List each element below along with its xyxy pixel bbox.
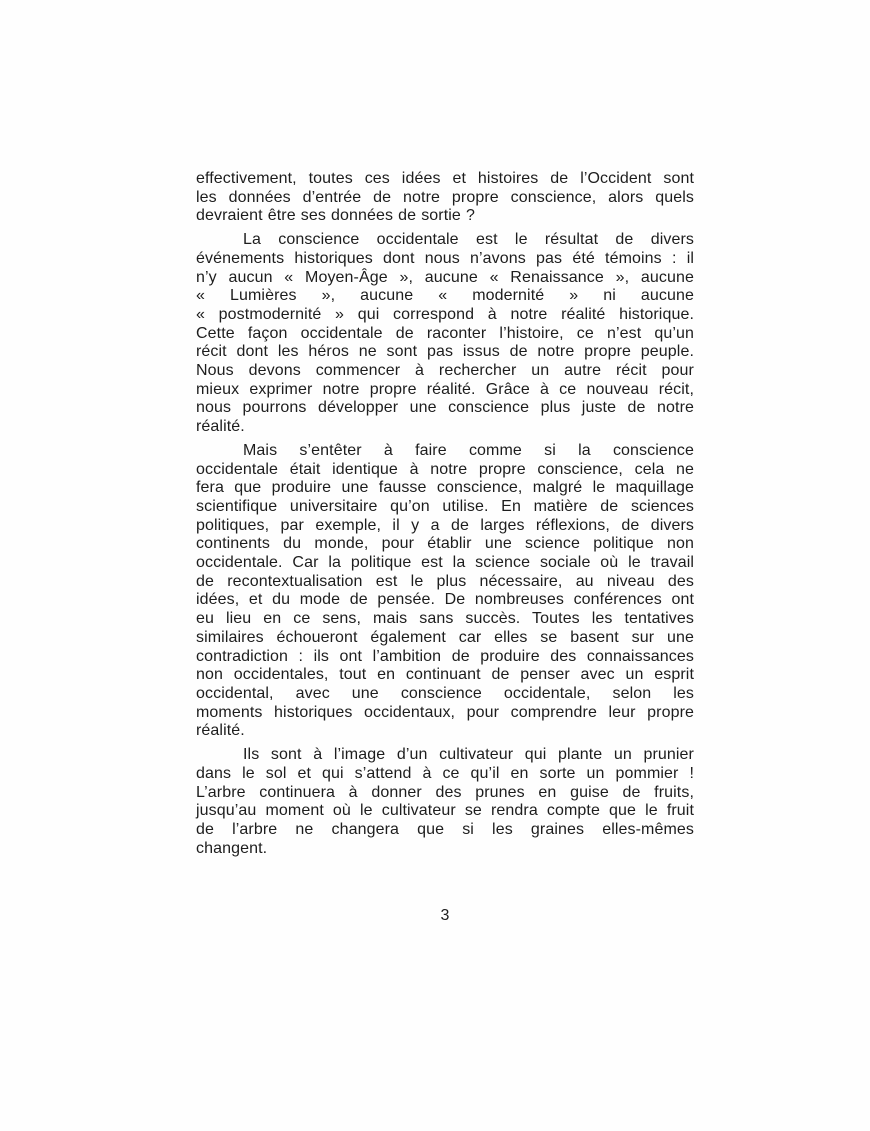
text-line: Mais s’entêter à faire comme si la consc…: [196, 442, 694, 461]
text-line: occidentale. Car la politique est la sci…: [196, 554, 694, 573]
text-line: n’y aucun « Moyen-Âge », aucune « Renais…: [196, 269, 694, 288]
text-line: Ils sont à l’image d’un cultivateur qui …: [196, 746, 694, 765]
text-line: événements historiques dont nous n’avons…: [196, 250, 694, 269]
paragraph: Ils sont à l’image d’un cultivateur qui …: [196, 746, 694, 858]
text-line: changent.: [196, 840, 694, 859]
text-line: eu lieu en ce sens, mais sans succès. To…: [196, 610, 694, 629]
text-line: de l’arbre ne changera que si les graine…: [196, 821, 694, 840]
paragraph: La conscience occidentale est le résulta…: [196, 231, 694, 437]
text-line: réalité.: [196, 722, 694, 741]
text-line: mieux exprimer notre propre réalité. Grâ…: [196, 381, 694, 400]
text-line: nous pourrons développer une conscience …: [196, 399, 694, 418]
text-line: « Lumières », aucune « modernité » ni au…: [196, 287, 694, 306]
text-line: L’arbre continuera à donner des prunes e…: [196, 784, 694, 803]
text-line: occidentale était identique à notre prop…: [196, 461, 694, 480]
text-line: continents du monde, pour établir une sc…: [196, 535, 694, 554]
text-line: jusqu’au moment où le cultivateur se ren…: [196, 802, 694, 821]
document-page: effectivement, toutes ces idées et histo…: [0, 0, 870, 1131]
paragraph: Mais s’entêter à faire comme si la consc…: [196, 442, 694, 741]
paragraph: effectivement, toutes ces idées et histo…: [196, 170, 694, 226]
body-text: effectivement, toutes ces idées et histo…: [196, 170, 694, 858]
text-line: politiques, par exemple, il y a de large…: [196, 517, 694, 536]
text-line: Cette façon occidentale de raconter l’hi…: [196, 325, 694, 344]
text-line: Nous devons commencer à rechercher un au…: [196, 362, 694, 381]
text-line: récit dont les héros ne sont pas issus d…: [196, 343, 694, 362]
text-line: non occidentales, tout en continuant de …: [196, 666, 694, 685]
text-line: réalité.: [196, 418, 694, 437]
text-line: similaires échoueront également car elle…: [196, 629, 694, 648]
text-line: fera que produire une fausse conscience,…: [196, 479, 694, 498]
text-line: « postmodernité » qui correspond à notre…: [196, 306, 694, 325]
text-line: devraient être ses données de sortie ?: [196, 207, 694, 226]
text-line: La conscience occidentale est le résulta…: [196, 231, 694, 250]
text-line: contradiction : ils ont l’ambition de pr…: [196, 648, 694, 667]
text-line: idées, et du mode de pensée. De nombreus…: [196, 591, 694, 610]
text-line: de recontextualisation est le plus néces…: [196, 573, 694, 592]
text-line: occidental, avec une conscience occident…: [196, 685, 694, 704]
text-line: scientifique universitaire qu’on utilise…: [196, 498, 694, 517]
text-line: effectivement, toutes ces idées et histo…: [196, 170, 694, 189]
text-line: dans le sol et qui s’attend à ce qu’il e…: [196, 765, 694, 784]
text-line: les données d’entrée de notre propre con…: [196, 189, 694, 208]
page-number: 3: [196, 907, 694, 926]
text-line: moments historiques occidentaux, pour co…: [196, 704, 694, 723]
